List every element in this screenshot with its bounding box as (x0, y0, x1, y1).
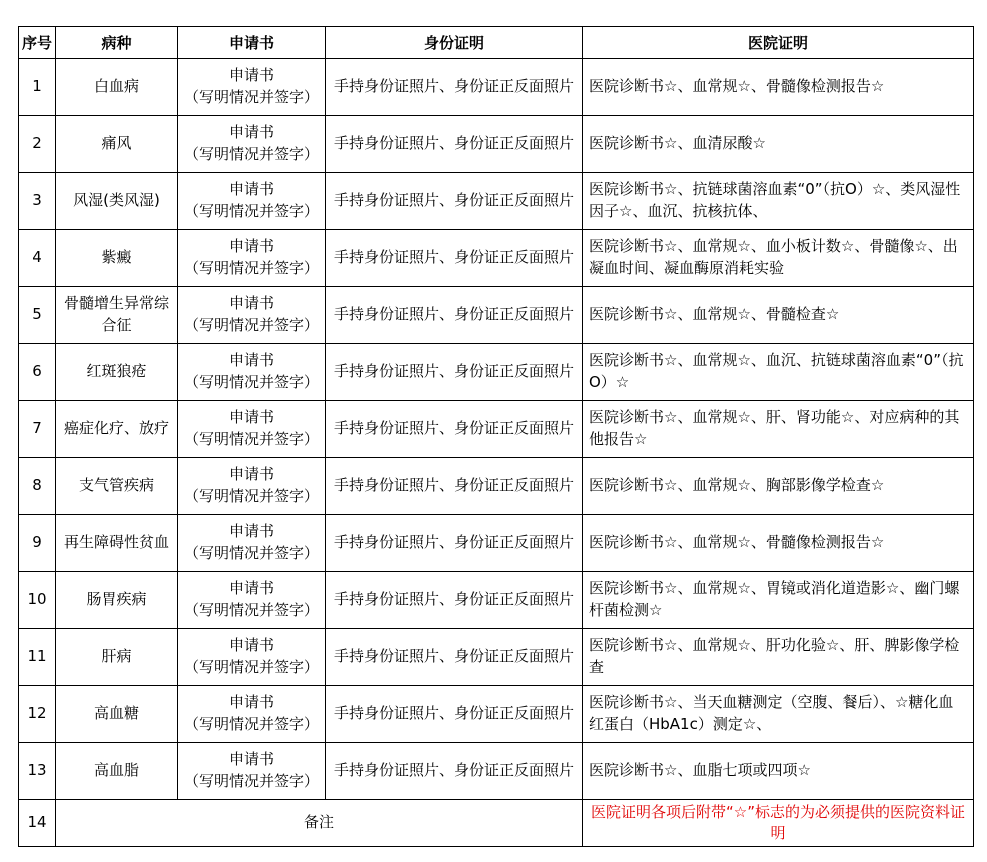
application-cell: 申请书 （写明情况并签字） (178, 173, 326, 230)
identity-cell: 手持身份证照片、身份证正反面照片 (326, 401, 583, 458)
row-number-cell: 2 (19, 116, 56, 173)
hospital-cell: 医院诊断书☆、血清尿酸☆ (583, 116, 974, 173)
table-row: 10 肠胃疾病 申请书 （写明情况并签字） 手持身份证照片、身份证正反面照片 医… (19, 572, 974, 629)
identity-cell: 手持身份证照片、身份证正反面照片 (326, 116, 583, 173)
row-number-cell: 1 (19, 59, 56, 116)
hospital-cell: 医院诊断书☆、血常规☆、血小板计数☆、骨髓像☆、出凝血时间、凝血酶原消耗实验 (583, 230, 974, 287)
application-line2: （写明情况并签字） (180, 714, 323, 736)
footer-remark-label: 备注 (56, 800, 583, 847)
application-line1: 申请书 (180, 122, 323, 144)
identity-cell: 手持身份证照片、身份证正反面照片 (326, 344, 583, 401)
disease-cell: 痛风 (56, 116, 178, 173)
hospital-cell: 医院诊断书☆、血常规☆、胃镜或消化道造影☆、幽门螺杆菌检测☆ (583, 572, 974, 629)
application-line2: （写明情况并签字） (180, 258, 323, 280)
application-cell: 申请书 （写明情况并签字） (178, 230, 326, 287)
table-row: 2 痛风 申请书 （写明情况并签字） 手持身份证照片、身份证正反面照片 医院诊断… (19, 116, 974, 173)
identity-cell: 手持身份证照片、身份证正反面照片 (326, 572, 583, 629)
hospital-cell: 医院诊断书☆、血常规☆、胸部影像学检查☆ (583, 458, 974, 515)
application-cell: 申请书 （写明情况并签字） (178, 515, 326, 572)
application-line2: （写明情况并签字） (180, 600, 323, 622)
table-row: 5 骨髓增生异常综合征 申请书 （写明情况并签字） 手持身份证照片、身份证正反面… (19, 287, 974, 344)
table-row: 13 高血脂 申请书 （写明情况并签字） 手持身份证照片、身份证正反面照片 医院… (19, 743, 974, 800)
application-line1: 申请书 (180, 521, 323, 543)
table-row: 3 风湿(类风湿) 申请书 （写明情况并签字） 手持身份证照片、身份证正反面照片… (19, 173, 974, 230)
hospital-cell: 医院诊断书☆、当天血糖测定（空腹、餐后）、☆糖化血红蛋白（HbA1c）测定☆、 (583, 686, 974, 743)
table-footer: 14 备注 医院证明各项后附带“☆”标志的为必须提供的医院资料证明 (19, 800, 974, 847)
hospital-cell: 医院诊断书☆、抗链球菌溶血素“0”（抗O）☆、类风湿性因子☆、血沉、抗核抗体、 (583, 173, 974, 230)
application-cell: 申请书 （写明情况并签字） (178, 287, 326, 344)
col-header-identity: 身份证明 (326, 27, 583, 59)
hospital-cell: 医院诊断书☆、血常规☆、肝、肾功能☆、对应病种的其他报告☆ (583, 401, 974, 458)
col-header-hospital: 医院证明 (583, 27, 974, 59)
row-number-cell: 6 (19, 344, 56, 401)
application-line1: 申请书 (180, 635, 323, 657)
application-line2: （写明情况并签字） (180, 771, 323, 793)
row-number-cell: 3 (19, 173, 56, 230)
identity-cell: 手持身份证照片、身份证正反面照片 (326, 59, 583, 116)
application-cell: 申请书 （写明情况并签字） (178, 743, 326, 800)
disease-cell: 骨髓增生异常综合征 (56, 287, 178, 344)
application-line2: （写明情况并签字） (180, 486, 323, 508)
identity-cell: 手持身份证照片、身份证正反面照片 (326, 629, 583, 686)
disease-cell: 白血病 (56, 59, 178, 116)
application-line1: 申请书 (180, 293, 323, 315)
table-row: 4 紫癜 申请书 （写明情况并签字） 手持身份证照片、身份证正反面照片 医院诊断… (19, 230, 974, 287)
application-cell: 申请书 （写明情况并签字） (178, 344, 326, 401)
hospital-cell: 医院诊断书☆、血常规☆、肝功化验☆、肝、脾影像学检查 (583, 629, 974, 686)
disease-cell: 红斑狼疮 (56, 344, 178, 401)
application-cell: 申请书 （写明情况并签字） (178, 686, 326, 743)
hospital-cell: 医院诊断书☆、血脂七项或四项☆ (583, 743, 974, 800)
application-cell: 申请书 （写明情况并签字） (178, 629, 326, 686)
row-number-cell: 11 (19, 629, 56, 686)
hospital-cell: 医院诊断书☆、血常规☆、骨髓像检测报告☆ (583, 515, 974, 572)
row-number-cell: 5 (19, 287, 56, 344)
row-number-cell: 8 (19, 458, 56, 515)
hospital-cell: 医院诊断书☆、血常规☆、血沉、抗链球菌溶血素“0”（抗O）☆ (583, 344, 974, 401)
footer-note: 医院证明各项后附带“☆”标志的为必须提供的医院资料证明 (583, 800, 974, 847)
application-line1: 申请书 (180, 692, 323, 714)
table-row: 8 支气管疾病 申请书 （写明情况并签字） 手持身份证照片、身份证正反面照片 医… (19, 458, 974, 515)
disease-cell: 紫癜 (56, 230, 178, 287)
row-number-cell: 4 (19, 230, 56, 287)
row-number-cell: 7 (19, 401, 56, 458)
hospital-cell: 医院诊断书☆、血常规☆、骨髓检查☆ (583, 287, 974, 344)
col-header-disease: 病种 (56, 27, 178, 59)
application-line1: 申请书 (180, 578, 323, 600)
application-line1: 申请书 (180, 407, 323, 429)
row-number-cell: 10 (19, 572, 56, 629)
application-line2: （写明情况并签字） (180, 657, 323, 679)
col-header-no: 序号 (19, 27, 56, 59)
disease-cell: 肝病 (56, 629, 178, 686)
table-row: 1 白血病 申请书 （写明情况并签字） 手持身份证照片、身份证正反面照片 医院诊… (19, 59, 974, 116)
application-cell: 申请书 （写明情况并签字） (178, 116, 326, 173)
identity-cell: 手持身份证照片、身份证正反面照片 (326, 287, 583, 344)
application-cell: 申请书 （写明情况并签字） (178, 458, 326, 515)
disease-cell: 风湿(类风湿) (56, 173, 178, 230)
row-number-cell: 12 (19, 686, 56, 743)
application-line2: （写明情况并签字） (180, 87, 323, 109)
table-row: 12 高血糖 申请书 （写明情况并签字） 手持身份证照片、身份证正反面照片 医院… (19, 686, 974, 743)
application-line2: （写明情况并签字） (180, 201, 323, 223)
table-row: 7 癌症化疗、放疗 申请书 （写明情况并签字） 手持身份证照片、身份证正反面照片… (19, 401, 974, 458)
table-header-row: 序号 病种 申请书 身份证明 医院证明 (19, 27, 974, 59)
col-header-application: 申请书 (178, 27, 326, 59)
application-cell: 申请书 （写明情况并签字） (178, 572, 326, 629)
table-body: 1 白血病 申请书 （写明情况并签字） 手持身份证照片、身份证正反面照片 医院诊… (19, 59, 974, 800)
identity-cell: 手持身份证照片、身份证正反面照片 (326, 173, 583, 230)
table-row: 11 肝病 申请书 （写明情况并签字） 手持身份证照片、身份证正反面照片 医院诊… (19, 629, 974, 686)
row-number-cell: 9 (19, 515, 56, 572)
application-line1: 申请书 (180, 464, 323, 486)
application-line2: （写明情况并签字） (180, 429, 323, 451)
application-line2: （写明情况并签字） (180, 315, 323, 337)
disease-cell: 高血糖 (56, 686, 178, 743)
application-cell: 申请书 （写明情况并签字） (178, 59, 326, 116)
table-row: 6 红斑狼疮 申请书 （写明情况并签字） 手持身份证照片、身份证正反面照片 医院… (19, 344, 974, 401)
application-line2: （写明情况并签字） (180, 144, 323, 166)
identity-cell: 手持身份证照片、身份证正反面照片 (326, 686, 583, 743)
row-number-cell: 13 (19, 743, 56, 800)
disease-cell: 高血脂 (56, 743, 178, 800)
identity-cell: 手持身份证照片、身份证正反面照片 (326, 515, 583, 572)
application-line1: 申请书 (180, 350, 323, 372)
hospital-cell: 医院诊断书☆、血常规☆、骨髓像检测报告☆ (583, 59, 974, 116)
disease-cell: 支气管疾病 (56, 458, 178, 515)
application-line2: （写明情况并签字） (180, 372, 323, 394)
application-cell: 申请书 （写明情况并签字） (178, 401, 326, 458)
identity-cell: 手持身份证照片、身份证正反面照片 (326, 230, 583, 287)
application-line1: 申请书 (180, 236, 323, 258)
application-line1: 申请书 (180, 749, 323, 771)
disease-cell: 再生障碍性贫血 (56, 515, 178, 572)
disease-cell: 癌症化疗、放疗 (56, 401, 178, 458)
table-row: 9 再生障碍性贫血 申请书 （写明情况并签字） 手持身份证照片、身份证正反面照片… (19, 515, 974, 572)
document-page: 序号 病种 申请书 身份证明 医院证明 1 白血病 申请书 （写明情况并签字） … (0, 0, 987, 862)
application-line1: 申请书 (180, 179, 323, 201)
application-line2: （写明情况并签字） (180, 543, 323, 565)
footer-row-number: 14 (19, 800, 56, 847)
identity-cell: 手持身份证照片、身份证正反面照片 (326, 743, 583, 800)
identity-cell: 手持身份证照片、身份证正反面照片 (326, 458, 583, 515)
requirements-table: 序号 病种 申请书 身份证明 医院证明 1 白血病 申请书 （写明情况并签字） … (18, 26, 974, 847)
disease-cell: 肠胃疾病 (56, 572, 178, 629)
footer-row: 14 备注 医院证明各项后附带“☆”标志的为必须提供的医院资料证明 (19, 800, 974, 847)
application-line1: 申请书 (180, 65, 323, 87)
